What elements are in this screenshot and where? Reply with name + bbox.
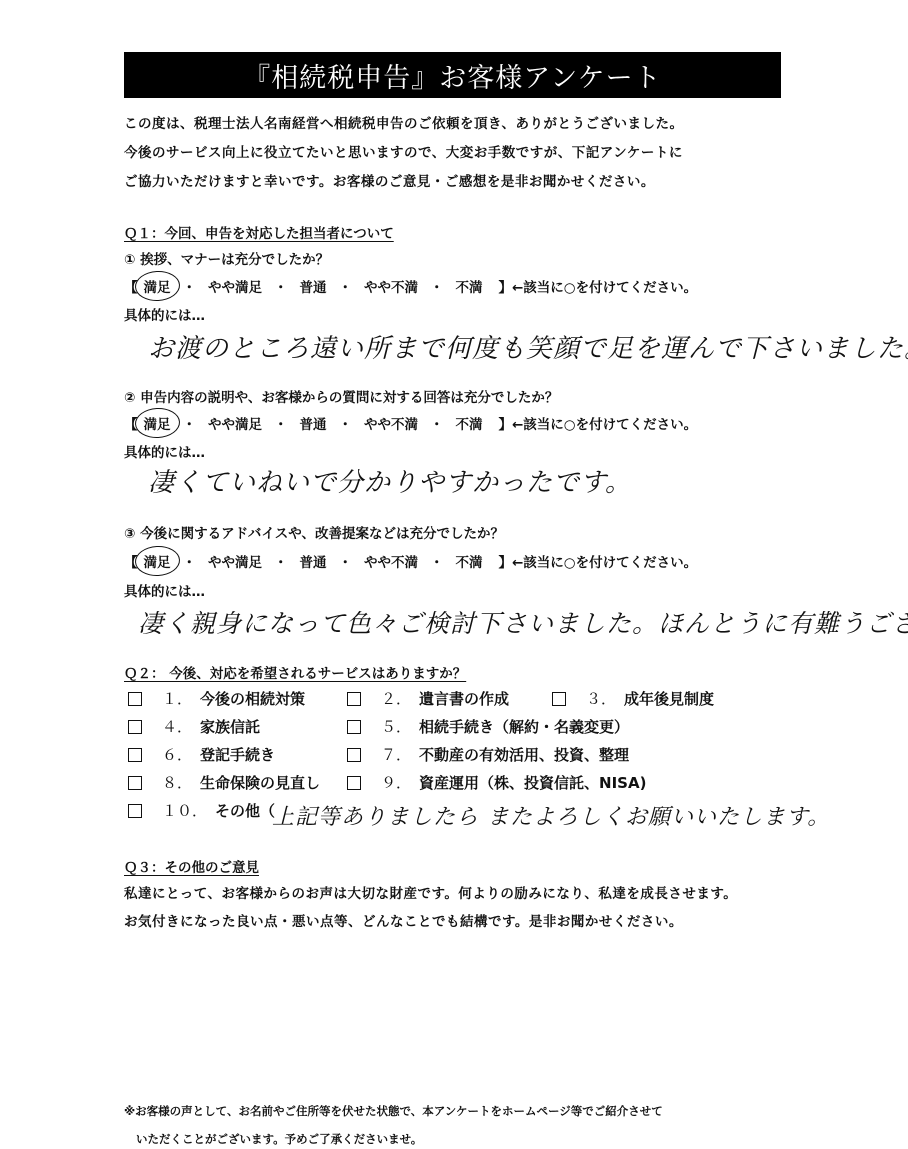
q1-item3-detail-label: 具体的には… <box>124 580 205 600</box>
q1-item1-question: ① 挨拶、マナーは充分でしたか？ <box>124 248 329 268</box>
rating-option-somewhat-dissatisfied[interactable]: やや不満 <box>364 551 418 571</box>
rating-option-neutral[interactable]: 普通 <box>300 551 327 571</box>
rating-instruction: ←該当に○を付けてください。 <box>512 276 697 296</box>
q3-line-1: 私達にとって、お客様からのお声は大切な財産です。何よりの励みになり、私達を成長さ… <box>124 882 737 902</box>
q2-heading: Ｑ２： 今後、対応を希望されるサービスはありますか？ <box>124 662 466 682</box>
rating-option-somewhat-satisfied[interactable]: やや満足 <box>208 551 262 571</box>
service-other-handwritten: 上記等ありましたら またよろしくお願いいたします。 <box>272 800 830 831</box>
checkbox[interactable] <box>347 692 361 706</box>
separator: ・ <box>430 413 444 433</box>
rating-option-dissatisfied[interactable]: 不満 <box>456 551 483 571</box>
checkbox[interactable] <box>552 692 566 706</box>
separator: ・ <box>339 551 353 571</box>
separator: ・ <box>430 551 444 571</box>
rating-option-somewhat-dissatisfied[interactable]: やや不満 <box>364 413 418 433</box>
bracket-close: 】 <box>499 276 513 296</box>
service-option-5[interactable]: ５． 相続手続き（解約・名義変更） <box>347 716 629 737</box>
service-option-7[interactable]: ７． 不動産の有効活用、投資、整理 <box>347 744 629 765</box>
survey-title-bar: 『相続税申告』お客様アンケート <box>124 52 781 98</box>
footnote-line-2: いただくことがございます。予めご了承くださいませ。 <box>136 1131 422 1147</box>
q3-heading: Ｑ３：その他のご意見 <box>124 856 259 876</box>
q1-item3-question: ③ 今後に関するアドバイスや、改善提案などは充分でしたか？ <box>124 522 504 542</box>
separator: ・ <box>183 276 197 296</box>
service-option-9[interactable]: ９． 資産運用（株、投資信託、NISA) <box>347 772 646 793</box>
checkbox[interactable] <box>128 748 142 762</box>
footnote-line-1: ※お客様の声として、お名前やご住所等を伏せた状態で、本アンケートをホームページ等… <box>124 1103 663 1119</box>
rating-option-somewhat-satisfied[interactable]: やや満足 <box>208 276 262 296</box>
checkbox[interactable] <box>128 776 142 790</box>
q1-heading: Ｑ１：今回、申告を対応した担当者について <box>124 222 394 242</box>
q1-item2-handwritten-answer: 凄くていねいで分かりやすかったです。 <box>148 462 632 499</box>
separator: ・ <box>430 276 444 296</box>
separator: ・ <box>274 276 288 296</box>
rating-option-dissatisfied[interactable]: 不満 <box>456 413 483 433</box>
q1-item2-rating: 【 満足 ・ やや満足 ・ 普通 ・ やや不満 ・ 不満 】 ←該当に○を付けて… <box>124 413 697 433</box>
rating-option-somewhat-satisfied[interactable]: やや満足 <box>208 413 262 433</box>
service-option-6[interactable]: ６． 登記手続き <box>128 744 275 765</box>
separator: ・ <box>274 413 288 433</box>
rating-option-somewhat-dissatisfied[interactable]: やや不満 <box>364 276 418 296</box>
checkbox[interactable] <box>347 776 361 790</box>
separator: ・ <box>274 551 288 571</box>
checkbox[interactable] <box>128 692 142 706</box>
q1-item3-handwritten-answer: 凄く親身になって色々ご検討下さいました。ほんとうに有難うございました。 <box>138 604 908 640</box>
q3-line-2: お気付きになった良い点・悪い点等、どんなことでも結構です。是非お聞かせください。 <box>124 910 683 930</box>
q1-item2-question: ② 申告内容の説明や、お客様からの質問に対する回答は充分でしたか？ <box>124 386 558 406</box>
rating-option-neutral[interactable]: 普通 <box>300 413 327 433</box>
rating-option-satisfied[interactable]: 満足 <box>144 551 171 571</box>
survey-title: 『相続税申告』お客様アンケート <box>243 56 661 95</box>
rating-option-neutral[interactable]: 普通 <box>300 276 327 296</box>
rating-option-dissatisfied[interactable]: 不満 <box>456 276 483 296</box>
q1-item1-handwritten-answer: お渡のところ遠い所まで何度も笑顔で足を運んで下さいました。 <box>148 328 908 365</box>
checkbox[interactable] <box>128 804 142 818</box>
rating-instruction: ←該当に○を付けてください。 <box>512 413 697 433</box>
bracket-close: 】 <box>499 551 513 571</box>
service-option-1[interactable]: １． 今後の相続対策 <box>128 688 305 709</box>
q1-item1-detail-label: 具体的には… <box>124 304 205 324</box>
rating-option-satisfied[interactable]: 満足 <box>144 413 171 433</box>
intro-line-2: 今後のサービス向上に役立てたいと思いますので、大変お手数ですが、下記アンケートに <box>124 141 683 161</box>
service-option-2[interactable]: ２． 遺言書の作成 <box>347 688 509 709</box>
separator: ・ <box>339 276 353 296</box>
q1-item2-detail-label: 具体的には… <box>124 441 205 461</box>
separator: ・ <box>183 413 197 433</box>
service-option-4[interactable]: ４． 家族信託 <box>128 716 260 737</box>
separator: ・ <box>339 413 353 433</box>
checkbox[interactable] <box>347 720 361 734</box>
service-option-3[interactable]: ３． 成年後見制度 <box>552 688 714 709</box>
q1-item3-rating: 【 満足 ・ やや満足 ・ 普通 ・ やや不満 ・ 不満 】 ←該当に○を付けて… <box>124 551 697 571</box>
service-option-8[interactable]: ８． 生命保険の見直し <box>128 772 320 793</box>
intro-line-1: この度は、税理士法人名南経営へ相続税申告のご依頼を頂き、ありがとうございました。 <box>124 112 683 132</box>
intro-line-3: ご協力いただけますと幸いです。お客様のご意見・ご感想を是非お聞かせください。 <box>124 170 655 190</box>
rating-option-satisfied[interactable]: 満足 <box>144 276 171 296</box>
bracket-close: 】 <box>499 413 513 433</box>
service-option-10[interactable]: １０． その他（ <box>128 800 275 821</box>
checkbox[interactable] <box>347 748 361 762</box>
q1-item1-rating: 【 満足 ・ やや満足 ・ 普通 ・ やや不満 ・ 不満 】 ←該当に○を付けて… <box>124 276 697 296</box>
rating-instruction: ←該当に○を付けてください。 <box>512 551 697 571</box>
checkbox[interactable] <box>128 720 142 734</box>
separator: ・ <box>183 551 197 571</box>
